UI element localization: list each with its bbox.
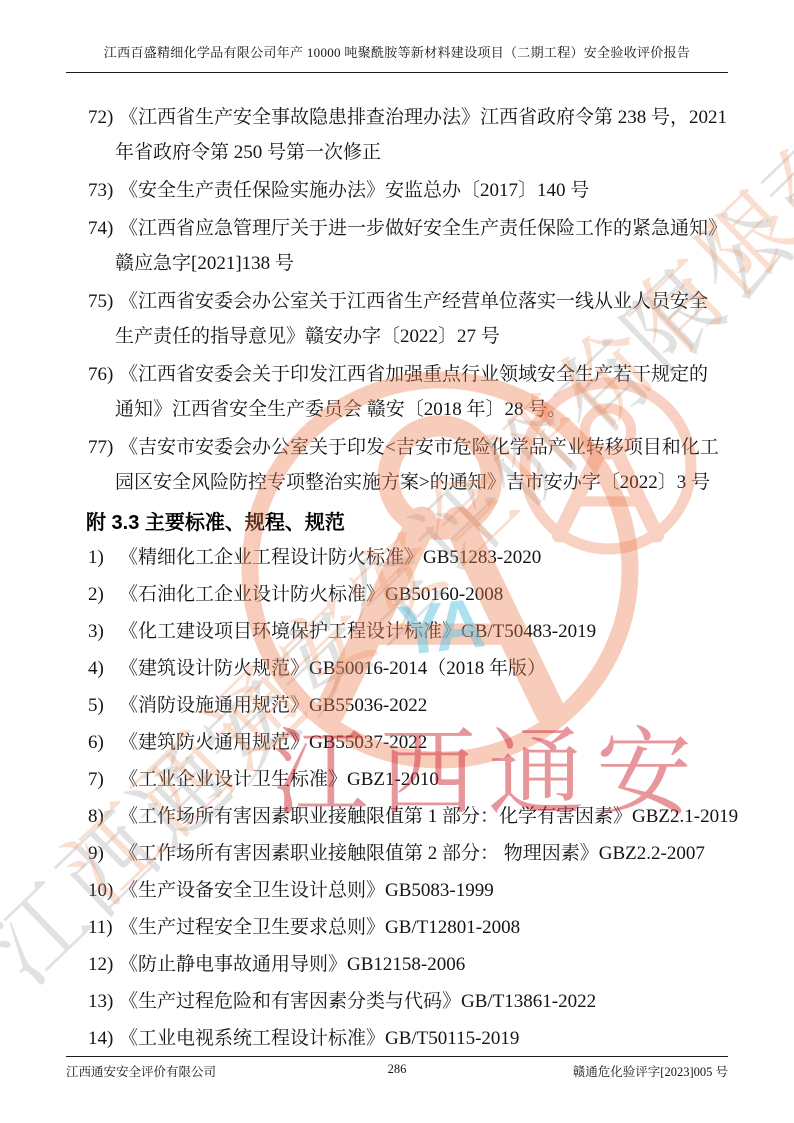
item-text: 《生产过程安全卫生要求总则》GB/T12801-2008 — [119, 910, 732, 945]
text-line: 通知》江西省安全生产委员会 赣安〔2018 年〕28 号。 — [115, 392, 732, 427]
text-line: 赣应急字[2021]138 号 — [115, 246, 732, 281]
text-line: 《建筑防火通用规范》GB55037-2022 — [119, 725, 732, 760]
report-page: 江西百盛精细化学品有限公司年产 10000 吨聚酰胺等新材料建设项目（二期工程）… — [0, 0, 794, 1123]
list-item: 3) 《化工建设项目环境保护工程设计标准》GB/T50483-2019 — [88, 614, 732, 649]
item-number: 74) — [88, 211, 113, 246]
list-item: 1) 《精细化工企业工程设计防火标准》GB51283-2020 — [88, 540, 732, 575]
list-item: 75) 《江西省安委会办公室关于江西省生产经营单位落实一线从业人员安全生产责任的… — [88, 284, 732, 354]
item-number: 75) — [88, 284, 113, 319]
item-number: 9) — [88, 836, 104, 871]
section-heading: 附 3.3 主要标准、规程、规范 — [86, 510, 732, 536]
list-item: 72) 《江西省生产安全事故隐患排查治理办法》江西省政府令第 238 号，202… — [88, 100, 732, 170]
list-item: 76) 《江西省安委会关于印发江西省加强重点行业领域安全生产若干规定的通知》江西… — [88, 357, 732, 427]
text-line: 《江西省应急管理厅关于进一步做好安全生产责任保险工作的紧急通知》 — [119, 211, 732, 246]
text-line: 《江西省生产安全事故隐患排查治理办法》江西省政府令第 238 号，2021 — [119, 100, 732, 135]
standards-list: 1) 《精细化工企业工程设计防火标准》GB51283-2020 2) 《石油化工… — [88, 540, 732, 1056]
item-number: 4) — [88, 651, 104, 686]
item-text: 《生产过程危险和有害因素分类与代码》GB/T13861-2022 — [119, 984, 732, 1019]
list-item: 8) 《工作场所有害因素职业接触限值第 1 部分：化学有害因素》GBZ2.1-2… — [88, 799, 732, 834]
list-item: 13) 《生产过程危险和有害因素分类与代码》GB/T13861-2022 — [88, 984, 732, 1019]
item-number: 76) — [88, 357, 113, 392]
text-line: 《精细化工企业工程设计防火标准》GB51283-2020 — [119, 540, 732, 575]
list-item: 9) 《工作场所有害因素职业接触限值第 2 部分： 物理因素》GBZ2.2-20… — [88, 836, 732, 871]
list-item: 14) 《工业电视系统工程设计标准》GB/T50115-2019 — [88, 1021, 732, 1056]
item-number: 10) — [88, 873, 113, 908]
text-line: 《工作场所有害因素职业接触限值第 1 部分：化学有害因素》GBZ2.1-2019 — [119, 799, 732, 834]
item-number: 11) — [88, 910, 113, 945]
text-line: 《工业企业设计卫生标准》GBZ1-2010 — [119, 762, 732, 797]
list-item: 73) 《安全生产责任保险实施办法》安监总办〔2017〕140 号 — [88, 173, 732, 208]
item-number: 6) — [88, 725, 104, 760]
text-line: 年省政府令第 250 号第一次修正 — [115, 135, 732, 170]
item-text: 《石油化工企业设计防火标准》GB50160-2008 — [119, 577, 732, 612]
item-number: 72) — [88, 100, 113, 135]
item-text: 《江西省安委会办公室关于江西省生产经营单位落实一线从业人员安全生产责任的指导意见… — [119, 284, 732, 354]
text-line: 《生产过程安全卫生要求总则》GB/T12801-2008 — [119, 910, 732, 945]
list-item: 77) 《吉安市安委会办公室关于印发<吉安市危险化学品产业转移项目和化工园区安全… — [88, 430, 732, 500]
list-item: 10) 《生产设备安全卫生设计总则》GB5083-1999 — [88, 873, 732, 908]
text-line: 《工业电视系统工程设计标准》GB/T50115-2019 — [119, 1021, 732, 1056]
regulation-list: 72) 《江西省生产安全事故隐患排查治理办法》江西省政府令第 238 号，202… — [88, 100, 732, 500]
text-line: 《工作场所有害因素职业接触限值第 2 部分： 物理因素》GBZ2.2-2007 — [119, 836, 732, 871]
item-text: 《工作场所有害因素职业接触限值第 2 部分： 物理因素》GBZ2.2-2007 — [119, 836, 732, 871]
item-text: 《安全生产责任保险实施办法》安监总办〔2017〕140 号 — [119, 173, 732, 208]
page-body: 72) 《江西省生产安全事故隐患排查治理办法》江西省政府令第 238 号，202… — [88, 100, 732, 1058]
list-item: 4) 《建筑设计防火规范》GB50016-2014（2018 年版） — [88, 651, 732, 686]
text-line: 《江西省安委会关于印发江西省加强重点行业领域安全生产若干规定的 — [119, 357, 732, 392]
item-text: 《江西省安委会关于印发江西省加强重点行业领域安全生产若干规定的通知》江西省安全生… — [119, 357, 732, 427]
item-number: 13) — [88, 984, 113, 1019]
list-item: 74) 《江西省应急管理厅关于进一步做好安全生产责任保险工作的紧急通知》赣应急字… — [88, 211, 732, 281]
item-text: 《生产设备安全卫生设计总则》GB5083-1999 — [119, 873, 732, 908]
item-number: 1) — [88, 540, 104, 575]
item-text: 《吉安市安委会办公室关于印发<吉安市危险化学品产业转移项目和化工园区安全风险防控… — [119, 430, 732, 500]
item-number: 7) — [88, 762, 104, 797]
list-item: 12) 《防止静电事故通用导则》GB12158-2006 — [88, 947, 732, 982]
item-number: 2) — [88, 577, 104, 612]
item-text: 《建筑防火通用规范》GB55037-2022 — [119, 725, 732, 760]
item-text: 《江西省生产安全事故隐患排查治理办法》江西省政府令第 238 号，2021年省政… — [119, 100, 732, 170]
item-text: 《江西省应急管理厅关于进一步做好安全生产责任保险工作的紧急通知》赣应急字[202… — [119, 211, 732, 281]
page-number: 286 — [66, 1062, 728, 1077]
item-text: 《工业企业设计卫生标准》GBZ1-2010 — [119, 762, 732, 797]
item-number: 3) — [88, 614, 104, 649]
text-line: 《化工建设项目环境保护工程设计标准》GB/T50483-2019 — [119, 614, 732, 649]
item-text: 《化工建设项目环境保护工程设计标准》GB/T50483-2019 — [119, 614, 732, 649]
item-number: 77) — [88, 430, 113, 465]
item-number: 5) — [88, 688, 104, 723]
item-text: 《精细化工企业工程设计防火标准》GB51283-2020 — [119, 540, 732, 575]
item-text: 《建筑设计防火规范》GB50016-2014（2018 年版） — [119, 651, 732, 686]
text-line: 《消防设施通用规范》GB55036-2022 — [119, 688, 732, 723]
list-item: 5) 《消防设施通用规范》GB55036-2022 — [88, 688, 732, 723]
text-line: 生产责任的指导意见》赣安办字〔2022〕27 号 — [115, 319, 732, 354]
list-item: 2) 《石油化工企业设计防火标准》GB50160-2008 — [88, 577, 732, 612]
item-number: 73) — [88, 173, 113, 208]
report-title: 江西百盛精细化学品有限公司年产 10000 吨聚酰胺等新材料建设项目（二期工程）… — [104, 45, 690, 60]
text-line: 《生产过程危险和有害因素分类与代码》GB/T13861-2022 — [119, 984, 732, 1019]
page-footer: 江西通安安全评价有限公司 286 赣通危化验评字[2023]005 号 — [66, 1056, 728, 1080]
item-text: 《工作场所有害因素职业接触限值第 1 部分：化学有害因素》GBZ2.1-2019 — [119, 799, 732, 834]
text-line: 《建筑设计防火规范》GB50016-2014（2018 年版） — [119, 651, 732, 686]
text-line: 《吉安市安委会办公室关于印发<吉安市危险化学品产业转移项目和化工 — [119, 430, 732, 465]
text-line: 《防止静电事故通用导则》GB12158-2006 — [119, 947, 732, 982]
text-line: 《石油化工企业设计防火标准》GB50160-2008 — [119, 577, 732, 612]
item-number: 14) — [88, 1021, 113, 1056]
item-text: 《防止静电事故通用导则》GB12158-2006 — [119, 947, 732, 982]
text-line: 园区安全风险防控专项整治实施方案>的通知》吉市安办字〔2022〕3 号 — [115, 465, 732, 500]
list-item: 6) 《建筑防火通用规范》GB55037-2022 — [88, 725, 732, 760]
item-number: 8) — [88, 799, 104, 834]
text-line: 《江西省安委会办公室关于江西省生产经营单位落实一线从业人员安全 — [119, 284, 732, 319]
page-header: 江西百盛精细化学品有限公司年产 10000 吨聚酰胺等新材料建设项目（二期工程）… — [66, 42, 728, 73]
item-text: 《消防设施通用规范》GB55036-2022 — [119, 688, 732, 723]
list-item: 7) 《工业企业设计卫生标准》GBZ1-2010 — [88, 762, 732, 797]
text-line: 《生产设备安全卫生设计总则》GB5083-1999 — [119, 873, 732, 908]
item-text: 《工业电视系统工程设计标准》GB/T50115-2019 — [119, 1021, 732, 1056]
list-item: 11) 《生产过程安全卫生要求总则》GB/T12801-2008 — [88, 910, 732, 945]
item-number: 12) — [88, 947, 113, 982]
text-line: 《安全生产责任保险实施办法》安监总办〔2017〕140 号 — [119, 173, 732, 208]
